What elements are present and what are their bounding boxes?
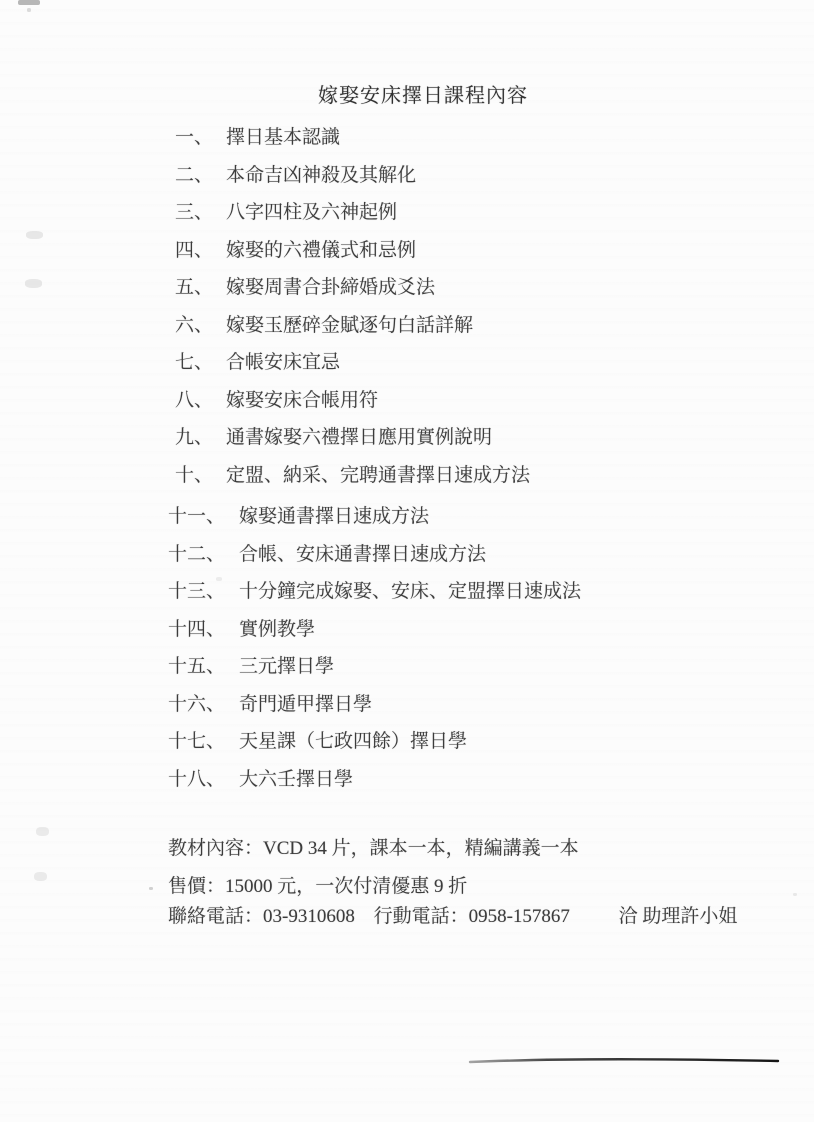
price-line: 售價：15000 元，一次付清優惠 9 折 [168, 876, 467, 898]
list-item-number: 十一、 [168, 506, 225, 528]
list-item-text: 奇門遁甲擇日學 [239, 694, 372, 715]
list-item-number: 十四、 [168, 619, 225, 641]
scan-smudge [27, 8, 31, 12]
landline-phone: 聯絡電話：03-9310608 [168, 906, 355, 927]
materials-line: 教材內容：VCD 34 片，課本一本，精編講義一本 [168, 838, 579, 860]
list-item: 一、擇日基本認識 [168, 127, 768, 165]
list-item: 三、八字四柱及六神起例 [168, 202, 768, 240]
list-item-text: 嫁娶通書擇日速成方法 [239, 506, 429, 527]
course-list: 一、擇日基本認識 二、本命吉凶神殺及其解化 三、八字四柱及六神起例 四、嫁娶的六… [168, 127, 768, 806]
contact-person: 洽 助理許小姐 [619, 906, 738, 927]
list-item-number: 五、 [175, 277, 213, 299]
list-item: 十二、合帳、安床通書擇日速成方法 [168, 544, 768, 582]
list-item: 十一、嫁娶通書擇日速成方法 [168, 506, 768, 544]
list-item-number: 七、 [175, 352, 213, 374]
list-item-text: 嫁娶安床合帳用符 [226, 390, 378, 411]
list-item-number: 十八、 [168, 769, 225, 791]
scan-smudge [36, 827, 49, 836]
list-item-number: 十二、 [168, 544, 225, 566]
list-item: 十六、奇門遁甲擇日學 [168, 694, 768, 732]
list-item: 八、嫁娶安床合帳用符 [168, 390, 768, 428]
list-item-number: 六、 [175, 315, 213, 337]
list-item-text: 嫁娶的六禮儀式和忌例 [226, 240, 416, 261]
list-item-number: 四、 [175, 240, 213, 262]
list-item-text: 擇日基本認識 [226, 127, 340, 148]
list-item: 十五、三元擇日學 [168, 656, 768, 694]
scan-smudge [26, 231, 43, 239]
list-item-text: 合帳安床宜忌 [226, 352, 340, 373]
list-item-text: 天星課（七政四餘）擇日學 [239, 731, 467, 752]
list-item: 四、嫁娶的六禮儀式和忌例 [168, 240, 768, 278]
list-item-text: 實例教學 [239, 619, 315, 640]
list-item: 九、通書嫁娶六禮擇日應用實例說明 [168, 427, 768, 465]
scan-smudge [34, 872, 47, 881]
list-item-number: 十、 [175, 465, 213, 487]
list-item-number: 一、 [175, 127, 213, 149]
list-item-text: 通書嫁娶六禮擇日應用實例說明 [226, 427, 492, 448]
list-item-text: 嫁娶玉歷碎金賦逐句白話詳解 [226, 315, 473, 336]
list-item: 五、嫁娶周書合卦締婚成爻法 [168, 277, 768, 315]
list-item: 二、本命吉凶神殺及其解化 [168, 165, 768, 203]
list-item: 十四、實例教學 [168, 619, 768, 657]
list-item-number: 十六、 [168, 694, 225, 716]
list-item: 六、嫁娶玉歷碎金賦逐句白話詳解 [168, 315, 768, 353]
list-item-text: 十分鐘完成嫁娶、安床、定盟擇日速成法 [239, 581, 581, 602]
list-item-number: 八、 [175, 390, 213, 412]
scan-smudge [25, 279, 42, 288]
list-item-number: 十五、 [168, 656, 225, 678]
list-item-text: 三元擇日學 [239, 656, 334, 677]
scan-smudge [149, 887, 153, 890]
list-item-number: 十三、 [168, 581, 225, 603]
list-item: 十三、十分鐘完成嫁娶、安床、定盟擇日速成法 [168, 581, 768, 619]
list-item-number: 九、 [175, 427, 213, 449]
list-item: 十、定盟、納采、完聘通書擇日速成方法 [168, 465, 768, 503]
list-item-text: 大六壬擇日學 [239, 769, 353, 790]
ink-underline [468, 1055, 780, 1067]
list-item-text: 嫁娶周書合卦締婚成爻法 [226, 277, 435, 298]
mobile-phone: 行動電話：0958-157867 [374, 906, 570, 927]
list-item: 十八、大六壬擇日學 [168, 769, 768, 807]
page-title: 嫁娶安床擇日課程內容 [318, 79, 528, 108]
list-item-number: 二、 [175, 165, 213, 187]
list-item-text: 合帳、安床通書擇日速成方法 [239, 544, 486, 565]
list-item-text: 八字四柱及六神起例 [226, 202, 397, 223]
list-item: 十七、天星課（七政四餘）擇日學 [168, 731, 768, 769]
list-item-text: 定盟、納采、完聘通書擇日速成方法 [226, 465, 530, 486]
scanned-document-page: 嫁娶安床擇日課程內容 一、擇日基本認識 二、本命吉凶神殺及其解化 三、八字四柱及… [0, 0, 814, 1122]
list-item-number: 十七、 [168, 731, 225, 753]
list-item-number: 三、 [175, 202, 213, 224]
scan-smudge [18, 0, 40, 5]
scan-smudge [793, 893, 797, 896]
list-item: 七、合帳安床宜忌 [168, 352, 768, 390]
list-item-text: 本命吉凶神殺及其解化 [226, 165, 416, 186]
contact-line: 聯絡電話：03-9310608 行動電話：0958-157867 洽 助理許小姐 [168, 906, 737, 928]
